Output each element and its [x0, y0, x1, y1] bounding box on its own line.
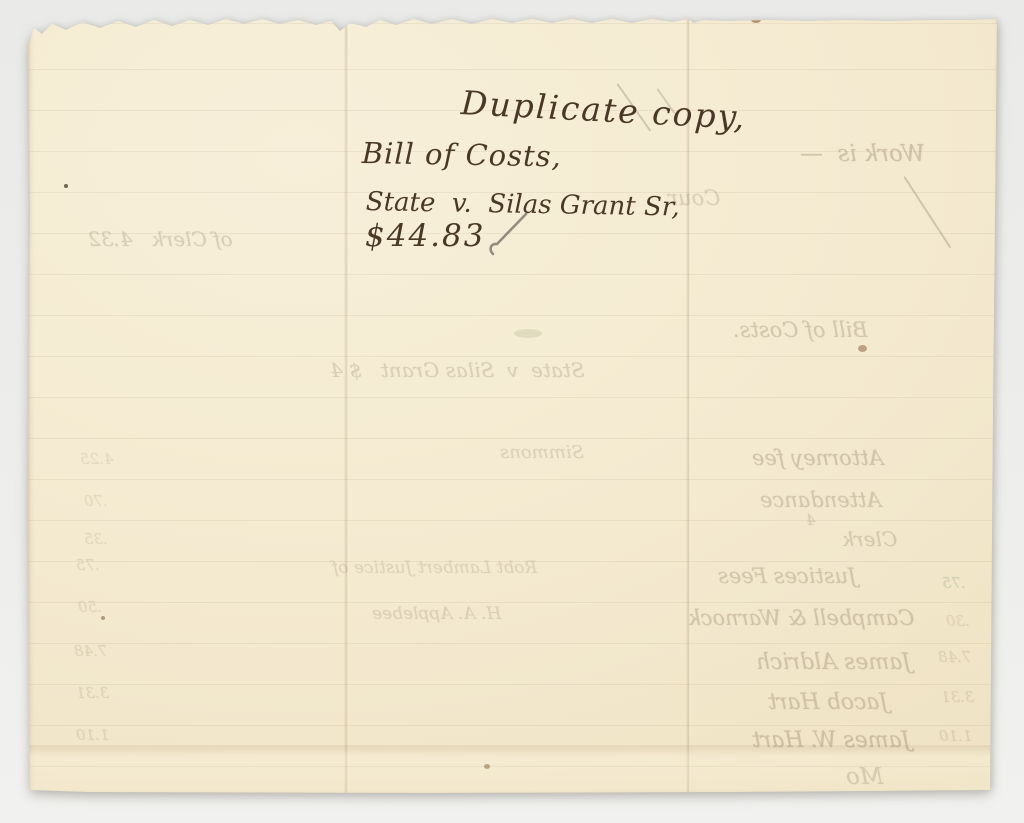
ink-line: Bill of Costs,	[361, 139, 562, 171]
ink-line: $44.83	[365, 221, 485, 252]
ink-text-block: Duplicate copy,Bill of Costs,State v. Si…	[28, 12, 1000, 796]
pencil-checkmark	[486, 210, 532, 258]
scan-background: Work is —Courof Clerk 4.32Bill of Costs.…	[0, 0, 1024, 823]
document-page: Work is —Courof Clerk 4.32Bill of Costs.…	[28, 12, 1000, 796]
document-page-wrap: Work is —Courof Clerk 4.32Bill of Costs.…	[0, 0, 1024, 823]
ink-line: Duplicate copy,	[460, 86, 747, 134]
